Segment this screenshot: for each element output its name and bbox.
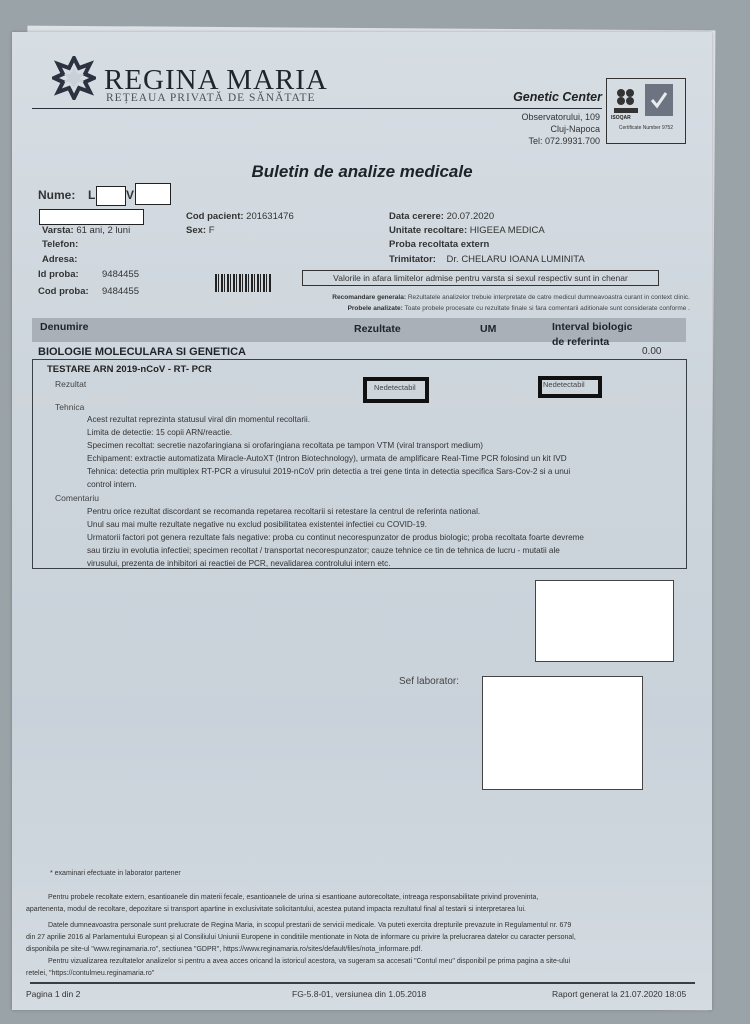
phone-label: Telefon: <box>42 239 78 250</box>
name-label: Nume: <box>38 188 75 202</box>
general-recommendation-label: Recomandare generala: <box>332 294 406 301</box>
brand-tagline: REȚEAUA PRIVATĂ DE SĂNĂTATE <box>106 92 316 104</box>
col-unit: UM <box>480 323 496 335</box>
sender-label: Trimitator: <box>389 254 436 265</box>
footer-paragraph: Pentru vizualizarea rezultatelor analize… <box>48 958 570 965</box>
address-phone: Tel: 072.9931.700 <box>482 136 600 146</box>
patient-code-label: Cod pacient: <box>186 211 244 222</box>
redacted-stamp <box>535 580 674 662</box>
comment-label: Comentariu <box>55 493 99 503</box>
sex-value: F <box>209 225 215 236</box>
redacted-first-name <box>96 186 126 206</box>
name-initial-1: L <box>88 188 95 202</box>
sample-id-label: Id proba: <box>38 269 79 280</box>
patient-code-value: 201631476 <box>246 211 294 222</box>
section-title: BIOLOGIE MOLECULARA SI GENETICA <box>38 346 246 358</box>
form-version: FG-5.8-01, versiunea din 1.05.2018 <box>292 989 426 999</box>
reference-value-box: Nedetectabil <box>538 376 602 398</box>
medical-report-page: REGINA MARIA REȚEAUA PRIVATĂ DE SĂNĂTATE… <box>12 32 712 1010</box>
analyzed-samples-text: Toate probele procesate cu rezultate fin… <box>405 305 690 312</box>
sender-value: Dr. CHELARU IOANA LUMINITA <box>447 254 585 265</box>
comment-line: Pentru orice rezultat discordant se reco… <box>87 507 480 516</box>
address-label: Adresa: <box>42 254 77 265</box>
footer-paragraph: Datele dumneavoastra personale sunt prel… <box>48 922 571 929</box>
certification-box: ISOQAR Certificate Number 9752 <box>606 78 686 144</box>
sample-id-value: 9484455 <box>102 269 139 280</box>
redacted-last-name <box>135 183 171 205</box>
sample-code-value: 9484455 <box>102 286 139 297</box>
request-date-label: Data cerere: <box>389 211 444 222</box>
comment-line: Urmatorii factori pot genera rezultate f… <box>87 533 584 542</box>
footer-paragraph: retelei, "https://contulmeu.reginamaria.… <box>26 970 154 977</box>
results-table-header: Denumire Rezultate UM Interval biologic … <box>32 318 686 342</box>
isoqar-label: ISOQAR <box>611 115 631 121</box>
footer-divider <box>30 982 695 984</box>
address-city: Cluj-Napoca <box>482 124 600 134</box>
technique-line: Specimen recoltat: secretie nazofaringia… <box>87 441 483 450</box>
sample-barcode <box>215 274 272 292</box>
partner-lab-note: * examinari efectuate in laborator parte… <box>50 870 181 877</box>
document-title: Buletin de analize medicale <box>12 162 712 182</box>
col-interval: Interval biologic <box>552 321 633 333</box>
result-label: Rezultat <box>55 379 86 389</box>
age-label: Varsta: <box>42 225 74 236</box>
col-interval-2: de referinta <box>552 336 609 348</box>
sex-label: Sex: <box>186 225 206 236</box>
col-result: Rezultate <box>354 323 401 335</box>
isoqar-logo-icon <box>613 87 639 117</box>
col-name: Denumire <box>40 321 88 333</box>
technique-line: Acest rezultat reprezinta statusul viral… <box>87 415 310 424</box>
footer-paragraph: Pentru probele recoltate extern, esantio… <box>48 894 538 901</box>
name-initial-2: V <box>126 188 134 202</box>
analyzed-samples-label: Probele analizate: <box>348 305 403 312</box>
redacted-field <box>39 209 144 225</box>
test-result-box: TESTARE ARN 2019-nCoV - RT- PCR Rezultat… <box>32 359 687 569</box>
reference-value: Nedetectabil <box>542 380 598 389</box>
lab-head-label: Sef laborator: <box>399 676 459 687</box>
technique-label: Tehnica <box>55 402 84 412</box>
center-name: Genetic Center <box>507 90 602 104</box>
out-of-range-legend: Valorile in afara limitelor admise pentr… <box>302 270 659 286</box>
regina-maria-star-logo-icon <box>52 56 96 100</box>
age-value: 61 ani, 2 luni <box>76 225 130 236</box>
page-number: Pagina 1 din 2 <box>26 989 80 999</box>
footer-paragraph: apartenenta, modul de recoltare, depozit… <box>26 906 526 913</box>
test-title: TESTARE ARN 2019-nCoV - RT- PCR <box>47 364 212 375</box>
generated-timestamp: Raport generat la 21.07.2020 18:05 <box>552 989 686 999</box>
general-recommendation-text: Rezultatele analizelor trebuie interpret… <box>408 294 690 301</box>
footer-paragraph: disponibila pe site-ul "www.reginamaria.… <box>26 946 422 953</box>
redacted-signature <box>482 676 643 790</box>
comment-line: virusului, prezenta de inhibitori ai rea… <box>87 559 391 568</box>
certificate-number: Certificate Number 9752 <box>610 125 682 131</box>
result-value: Nedetectabil <box>367 381 425 392</box>
request-date-value: 20.07.2020 <box>447 211 495 222</box>
technique-line: Tehnica: detectia prin multiplex RT-PCR … <box>87 467 570 476</box>
result-value-box: Nedetectabil <box>363 377 429 403</box>
technique-line: Echipament: extractie automatizata Mirac… <box>87 454 567 463</box>
comment-line: Unul sau mai multe rezultate negative nu… <box>87 520 427 529</box>
address-street: Observatorului, 109 <box>482 112 600 122</box>
technique-line: Limita de detectie: 15 copii ARN/reactie… <box>87 428 232 437</box>
collection-unit-label: Unitate recoltare: <box>389 225 467 236</box>
external-sample-label: Proba recoltata extern <box>389 239 489 250</box>
comment-line: sau tirziu in evolutia infectiei; specim… <box>87 546 560 555</box>
header-divider <box>32 108 602 109</box>
technique-line: control intern. <box>87 480 137 489</box>
collection-unit-value: HIGEEA MEDICA <box>470 225 545 236</box>
footer-paragraph: din 27 aprilie 2016 al Parlamentului Eur… <box>26 934 576 941</box>
section-value: 0.00 <box>642 346 661 357</box>
ukas-logo-icon <box>645 84 673 116</box>
sample-code-label: Cod proba: <box>38 286 89 297</box>
